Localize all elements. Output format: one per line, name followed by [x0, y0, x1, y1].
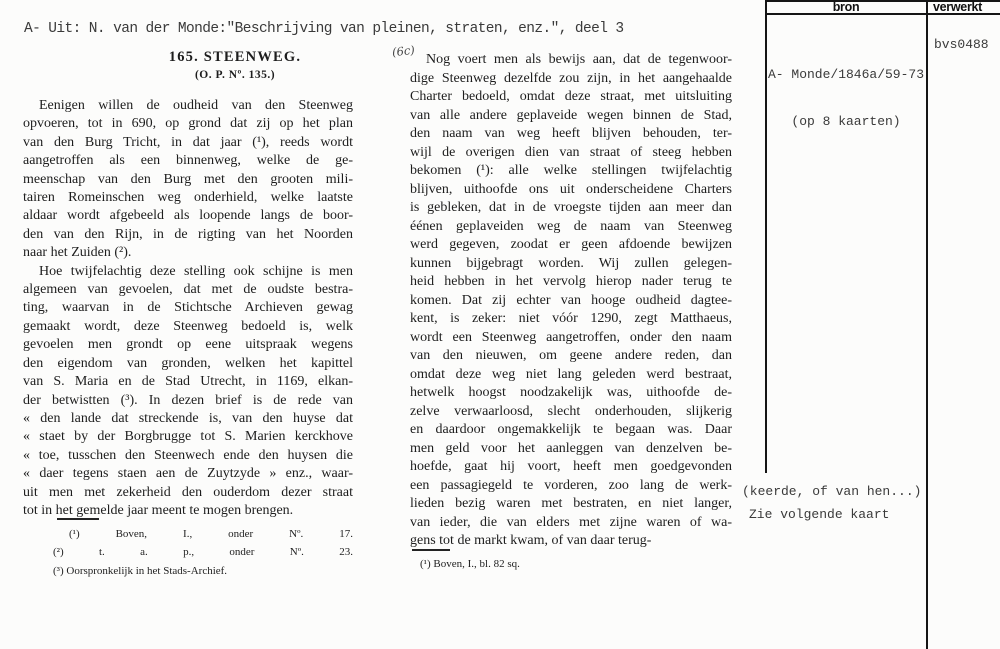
text-line: komen. Dat zij echter van hooge oudheid …	[410, 292, 732, 311]
text-line: wordt een Steenweg aangetroffen, onder d…	[410, 329, 732, 348]
text-line: dige Steenweg dezelfde zou zijn, in het …	[410, 70, 732, 89]
column-header-bron: bron	[766, 0, 926, 14]
text-line: « daer tegens staen aen de Zuytzyde » en…	[23, 465, 353, 483]
text-line: (²) t. a. p., onder Nº. 23.	[53, 543, 353, 561]
text-line: « staet by der Borgbrugge tot S. Marien …	[23, 428, 353, 446]
text-line: aangetroffen als een binnenweg, welke de…	[23, 152, 353, 170]
left-paragraph-1: Eenigen willen de oudheid van den Steenw…	[23, 97, 353, 263]
text-line: Nog voert men als bewijs aan, dat de teg…	[410, 51, 732, 70]
left-footnotes: (¹) Boven, I., onder Nº. 17.(²) t. a. p.…	[53, 525, 353, 580]
bron-entry-source: A- Monde/1846a/59-73	[767, 67, 925, 83]
right-paragraph: Nog voert men als bewijs aan, dat de teg…	[410, 51, 732, 551]
text-line: Charter bedoeld, omdat deze straat, met …	[410, 88, 732, 107]
text-line: van alle andere geplaveide wegen binnen …	[410, 107, 732, 126]
left-footnote-rule	[57, 518, 99, 520]
text-line: lieden bezig waren met bestraten, en nie…	[410, 495, 732, 514]
register-note-keerde: (keerde, of van hen...)	[742, 484, 921, 499]
right-text-column: Nog voert men als bewijs aan, dat de teg…	[410, 51, 732, 551]
text-line: wijl de overigen dien van straat of stee…	[410, 144, 732, 163]
text-line: « den lande dat streckende is, van den h…	[23, 410, 353, 428]
text-line: blijven, uithoofde ons uit onderscheiden…	[410, 181, 732, 200]
text-line: Hoe twijfelachtig deze stelling ook schi…	[23, 263, 353, 281]
text-line: van den Burg Tricht, in dat jaar (¹), re…	[23, 134, 353, 152]
text-line: uit men met zekerheid den ouderdom dezer…	[23, 484, 353, 502]
bron-entry-maps: (op 8 kaarten)	[767, 114, 925, 130]
left-text-column: Eenigen willen de oudheid van den Steenw…	[23, 97, 353, 520]
column-header-verwerkt: verwerkt	[933, 0, 982, 14]
bron-entry: A- Monde/1846a/59-73 (op 8 kaarten)	[767, 36, 925, 145]
text-line: ting, waarvan in de Stichtsche Archieven…	[23, 299, 353, 317]
verwerkt-entry: bvs0488	[934, 37, 989, 53]
text-line: Eenigen willen de oudheid van den Steenw…	[23, 97, 353, 115]
text-line: tairen Romeinschen weg onderhield, welke…	[23, 189, 353, 207]
text-line: opvoeren, tot in 690, op grond dat zij o…	[23, 115, 353, 133]
text-line: gemaakt wordt, deze Steenweg bedoeld is,…	[23, 318, 353, 336]
text-line: van ieder, die van elders met zijne ware…	[410, 514, 732, 533]
text-line: is gebleken, dat in de vroegste tijden a…	[410, 199, 732, 218]
text-line: omdat deze weg niet lang geleden werd be…	[410, 366, 732, 385]
register-column-divider	[926, 0, 928, 649]
text-line: hoefde, gaat hij voort, heeft men goedge…	[410, 458, 732, 477]
text-line: men geld voor het aanleggen van denzelve…	[410, 440, 732, 459]
text-line: werd gegeven, zoodat er geen afdoende be…	[410, 236, 732, 255]
text-line: en daardoor ongemakkelijk te begaan was.…	[410, 421, 732, 440]
register-note-zie-volgende-kaart: Zie volgende kaart	[749, 507, 889, 522]
text-line: meenschap van den Burg met den grooten m…	[23, 171, 353, 189]
text-line: den eigendom van gronden, welken het kap…	[23, 355, 353, 373]
text-line: hetwelk hoogst noodzakelijk was, uithoof…	[410, 384, 732, 403]
text-line: éénen geplaveiden weg de naam van Steenw…	[410, 218, 732, 237]
text-line: der betwistten (³). In dezen brief is de…	[23, 392, 353, 410]
text-line: den naam van weg heeft blijven behouden,…	[410, 125, 732, 144]
text-line: kent, is zeker: niet vóór 1290, zegt Mat…	[410, 310, 732, 329]
text-line: gevoelen men grondt op eene uitspraak we…	[23, 336, 353, 354]
right-footnote-rule	[412, 549, 450, 551]
text-line: (¹) Boven, I., onder Nº. 17.	[53, 525, 353, 543]
text-line: « toe, tusschen den Steenwech ende den h…	[23, 447, 353, 465]
text-line: (³) Oorspronkelijk in het Stads-Archief.	[53, 562, 353, 580]
text-line: gens tot de markt kwam, of van daar teru…	[410, 532, 732, 551]
text-line: van den nieuwen, om geene andere reden, …	[410, 347, 732, 366]
text-line: een passagiegeld te vorderen, zoo lang d…	[410, 477, 732, 496]
text-line: bekomen (¹): alle welke stellingen twijf…	[410, 162, 732, 181]
text-line: naar het Zuiden (²).	[23, 244, 353, 262]
right-footnote: (¹) Boven, I., bl. 82 sq.	[420, 557, 720, 572]
article-title: 165. STEENWEG.	[100, 49, 370, 66]
text-line: algemeen van gevoelen, dat met de oudste…	[23, 281, 353, 299]
text-line: aldaar wordt afgebeeld als loopende lang…	[23, 207, 353, 225]
source-annotation: A- Uit: N. van der Monde:"Beschrijving v…	[24, 21, 624, 37]
text-line: van S. Maria en de Stad Utrecht, in 1169…	[23, 373, 353, 391]
article-subtitle: (O. P. Nº. 135.)	[100, 69, 370, 81]
left-paragraph-2: Hoe twijfelachtig deze stelling ook schi…	[23, 263, 353, 521]
text-line: heid hebben in het vervolg hierop nader …	[410, 273, 732, 292]
text-line: zelve verwaarloosd, slecht onderhouden, …	[410, 403, 732, 422]
text-line: kunnen bijgebragt worden. Wij zullen gel…	[410, 255, 732, 274]
text-line: den van den Rijn, in de rigting van het …	[23, 226, 353, 244]
